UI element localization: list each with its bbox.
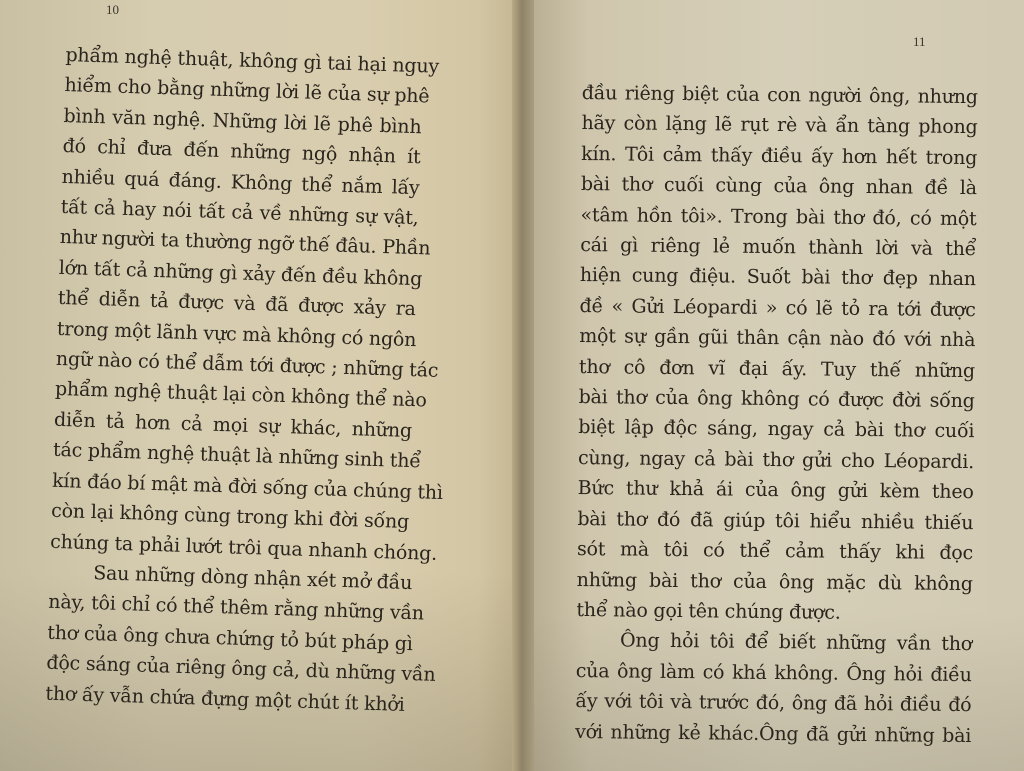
text-line: bài thơ của ông không có được đời sống: [578, 382, 974, 417]
text-line: đề « Gửi Léopardi » có lẽ tỏ ra tới được: [579, 291, 975, 326]
open-book-spread: 10 11 phẩm nghệ thuật, không gì tai hại …: [0, 0, 1024, 771]
text-line: bài thơ đó đã giúp tôi hiểu nhiều thiếu: [577, 504, 973, 539]
paragraph-start-line: Ông hỏi tôi để biết những vần thơ: [576, 625, 972, 660]
text-line: Bức thư khả ái của ông gửi kèm theo: [578, 473, 974, 508]
text-line: sót mà tôi có thể cảm thấy khi đọc: [577, 534, 973, 569]
right-page-text: đầu riêng biệt của con người ông, nhưng …: [575, 78, 978, 751]
text-line: với những kẻ khác.Ông đã gửi những bài: [575, 716, 971, 751]
text-line: những bài thơ của ông mặc dù không: [577, 564, 973, 599]
text-line: bài thơ cuối cùng của ông nhan đề là: [581, 169, 977, 204]
book-gutter: [512, 0, 534, 771]
text-line: thơ cô đơn vĩ đại ấy. Tuy thế những: [579, 352, 975, 387]
text-line: biệt lập độc sáng, ngay cả bài thơ cuối: [578, 412, 974, 447]
text-line: hãy còn lặng lẽ rụt rè và ẩn tàng phong: [581, 108, 977, 143]
right-page-number: 11: [913, 34, 926, 50]
text-line: ấy với tôi và trước đó, ông đã hỏi điều …: [575, 686, 971, 721]
text-line: một sự gần gũi thân cận nào đó với nhà: [579, 321, 975, 356]
left-page-number: 10: [106, 2, 119, 18]
text-line: «tâm hồn tôi». Trong bài thơ đó, có một: [580, 200, 976, 235]
text-line: cùng, ngay cả bài thơ gửi cho Léopardi.: [578, 443, 974, 478]
text-line: kín. Tôi cảm thấy điều ấy hơn hết trong: [581, 139, 977, 174]
text-line: hiện cung điệu. Suốt bài thơ đẹp nhan: [580, 260, 976, 295]
text-line: của ông làm có khá không. Ông hỏi điều: [576, 656, 972, 691]
text-line: cái gì riêng lẻ muốn thành lời và thể: [580, 230, 976, 265]
text-line: đầu riêng biệt của con người ông, nhưng: [582, 78, 978, 113]
left-page-text: phẩm nghệ thuật, không gì tai hại nguy h…: [45, 40, 424, 720]
text-line: thể nào gọi tên chúng được.: [576, 595, 972, 630]
